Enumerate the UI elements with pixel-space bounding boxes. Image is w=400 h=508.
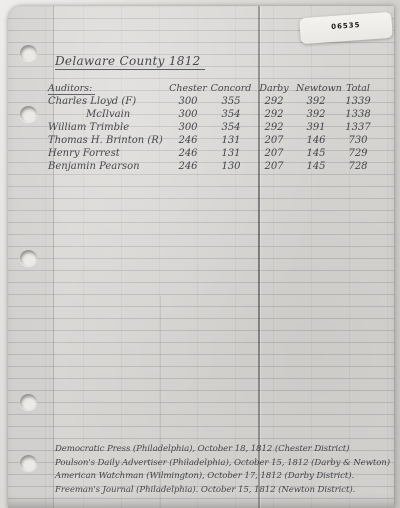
auditors-vote-table: Auditors: Chester Concord Darby Newtown … xyxy=(48,83,380,174)
catalog-number: 06535 xyxy=(331,21,361,31)
source-line: Poulson's Daily Advertiser (Philadelphia… xyxy=(55,457,397,471)
vote-value: 131 xyxy=(210,148,252,159)
table-header-row: Auditors: Chester Concord Darby Newtown … xyxy=(48,83,380,96)
punch-hole-icon xyxy=(20,106,37,122)
vote-value: 292 xyxy=(252,96,296,107)
vote-value: 131 xyxy=(210,135,252,146)
table-row: Charles Lloyd (F) 300 355 292 392 1339 xyxy=(48,96,380,109)
column-header-concord: Concord xyxy=(210,83,252,94)
auditor-name: McIlvain xyxy=(48,109,166,120)
vote-value: 246 xyxy=(166,148,210,159)
auditor-name: Benjamin Pearson xyxy=(48,161,166,172)
vote-value: 207 xyxy=(252,135,296,146)
vote-value: 145 xyxy=(296,161,336,172)
vote-value: 392 xyxy=(296,96,336,107)
vote-value: 728 xyxy=(336,161,380,172)
vote-value: 130 xyxy=(210,161,252,172)
catalog-sticker: 06535 xyxy=(299,12,393,44)
punch-hole-icon xyxy=(20,250,37,266)
column-header-chester: Chester xyxy=(166,83,210,94)
vote-value: 146 xyxy=(296,135,336,146)
column-header-darby: Darby xyxy=(252,83,296,94)
vote-value: 729 xyxy=(336,148,380,159)
punch-hole-icon xyxy=(20,455,37,471)
vote-value: 392 xyxy=(296,109,336,120)
column-header-total: Total xyxy=(336,83,380,94)
binder-margin-strip xyxy=(8,6,54,508)
vote-value: 292 xyxy=(252,109,296,120)
scanned-notebook-page: 06535 Delaware County 1812 Auditors: Che… xyxy=(8,6,394,508)
vote-value: 300 xyxy=(166,109,210,120)
table-row: William Trimble 300 354 292 391 1337 xyxy=(48,122,380,135)
vote-value: 355 xyxy=(210,96,252,107)
column-header-newtown: Newtown xyxy=(296,83,336,94)
punch-hole-icon xyxy=(20,394,37,410)
sources-block: Democratic Press (Philadelphia), October… xyxy=(55,443,397,497)
auditors-label: Auditors: xyxy=(48,83,166,95)
vote-value: 246 xyxy=(166,135,210,146)
auditor-name: Thomas H. Brinton (R) xyxy=(48,135,166,146)
vote-value: 246 xyxy=(166,161,210,172)
vote-value: 207 xyxy=(252,148,296,159)
vote-value: 730 xyxy=(336,135,380,146)
source-line: American Watchman (Wilmington), October … xyxy=(55,470,397,484)
punch-hole-icon xyxy=(20,45,37,61)
vote-value: 1339 xyxy=(336,96,380,107)
source-line: Freeman's Journal (Philadelphia). Octobe… xyxy=(55,484,397,498)
table-row: Thomas H. Brinton (R) 246 131 207 146 73… xyxy=(48,135,380,148)
vote-value: 300 xyxy=(166,96,210,107)
vote-value: 1338 xyxy=(336,109,380,120)
vote-value: 354 xyxy=(210,109,252,120)
vote-value: 391 xyxy=(296,122,336,133)
table-row: Henry Forrest 246 131 207 145 729 xyxy=(48,148,380,161)
table-row: McIlvain 300 354 292 392 1338 xyxy=(48,109,380,122)
page-title: Delaware County 1812 xyxy=(55,54,205,70)
auditor-name: Charles Lloyd (F) xyxy=(48,96,166,107)
auditor-name: William Trimble xyxy=(48,122,166,133)
source-line: Democratic Press (Philadelphia), October… xyxy=(55,443,397,457)
table-row: Benjamin Pearson 246 130 207 145 728 xyxy=(48,161,380,174)
page-fold-crease xyxy=(258,6,260,508)
vote-value: 145 xyxy=(296,148,336,159)
vote-value: 207 xyxy=(252,161,296,172)
vote-value: 300 xyxy=(166,122,210,133)
vote-value: 354 xyxy=(210,122,252,133)
vote-value: 1337 xyxy=(336,122,380,133)
auditor-name: Henry Forrest xyxy=(48,148,166,159)
vote-value: 292 xyxy=(252,122,296,133)
